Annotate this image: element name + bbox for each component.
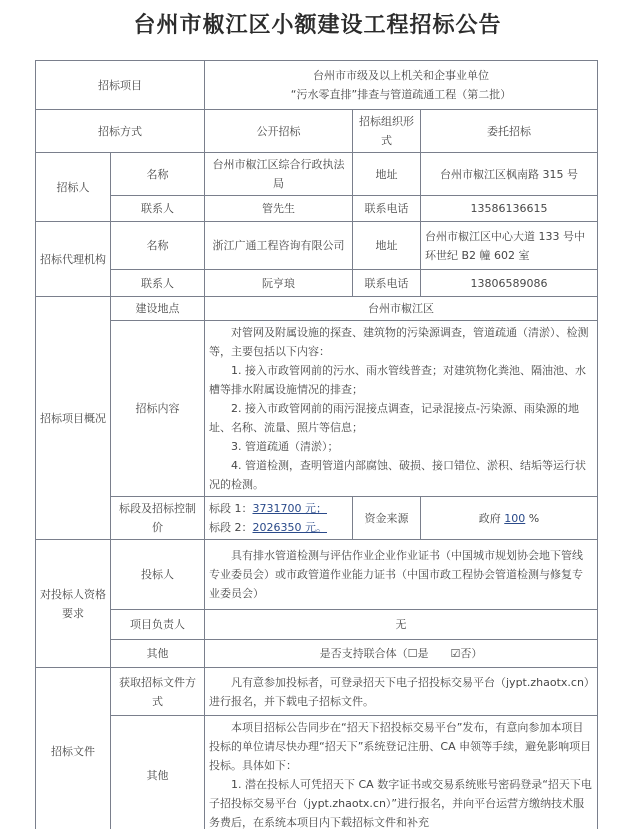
qual-other-value: 是否支持联合体（☐是 ☑否） [205, 640, 598, 668]
section-2: 标段 2：2026350 元。 [209, 518, 348, 537]
site-label: 建设地点 [111, 297, 205, 321]
agency-phone-value: 13806589086 [421, 270, 598, 297]
qual-manager-value: 无 [205, 610, 598, 640]
project-label: 招标项目 [36, 61, 205, 110]
content-item-4: 4. 管道检测，查明管道内部腐蚀、破损、接口错位、淤积、结垢等运行状况的检测。 [209, 456, 593, 494]
content-item-3: 3. 管道疏通（清淤）； [209, 437, 593, 456]
docs-obtain-label: 获取招标文件方式 [111, 668, 205, 716]
funding-percent: 100 [504, 512, 525, 525]
funding-label: 资金来源 [353, 497, 421, 540]
row-overview-site: 招标项目概况 建设地点 台州市椒江区 [36, 297, 598, 321]
docs-other-label: 其他 [111, 716, 205, 829]
tenderer-contact-value: 管先生 [205, 196, 353, 222]
row-overview-content: 招标内容 对管网及附属设施的探查、建筑物的污染源调查，管道疏通（清淤）、检测等，… [36, 321, 598, 497]
tenderer-name-label: 名称 [111, 153, 205, 196]
content-item-2: 2. 接入市政管网前的雨污混接点调查，记录混接点-污染源、雨染源的地址、名称、流… [209, 399, 593, 437]
qual-bidder-text: 具有排水管道检测与评估作业企业作业证书（中国城市规划协会地下管线专业委员会）或市… [209, 546, 593, 603]
tenderer-group-label: 招标人 [36, 153, 111, 222]
funding-value: 政府 100 % [421, 497, 598, 540]
docs-group-label: 招标文件 [36, 668, 111, 829]
docs-other-value: 本项目招标公告同步在“招天下招投标交易平台”发布，有意向参加本项目投标的单位请尽… [205, 716, 598, 829]
agency-address-value: 台州市椒江区中心大道 133 号中环世纪 B2 幢 602 室 [421, 222, 598, 270]
row-qual-other: 其他 是否支持联合体（☐是 ☑否） [36, 640, 598, 668]
tenderer-phone-label: 联系电话 [353, 196, 421, 222]
row-method: 招标方式 公开招标 招标组织形式 委托招标 [36, 110, 598, 153]
section-1: 标段 1：3731700 元； [209, 499, 348, 518]
row-docs-obtain: 招标文件 获取招标文件方式 凡有意参加投标者，可登录招天下电子招投标交易平台（j… [36, 668, 598, 716]
funding-prefix: 政府 [479, 512, 501, 525]
qual-group-label: 对投标人资格要求 [36, 540, 111, 668]
section-1-value: 3731700 元； [253, 502, 328, 515]
row-agency-name: 招标代理机构 名称 浙江广通工程咨询有限公司 地址 台州市椒江区中心大道 133… [36, 222, 598, 270]
price-value: 标段 1：3731700 元； 标段 2：2026350 元。 [205, 497, 353, 540]
row-tenderer-contact: 联系人 管先生 联系电话 13586136615 [36, 196, 598, 222]
project-value-line1: 台州市市级及以上机关和企事业单位 [209, 66, 593, 85]
agency-name-value: 浙江广通工程咨询有限公司 [205, 222, 353, 270]
row-project: 招标项目 台州市市级及以上机关和企事业单位 “污水零直排”排查与管道疏通工程（第… [36, 61, 598, 110]
tenderer-address-value: 台州市椒江区枫南路 315 号 [421, 153, 598, 196]
docs-other-para1: 本项目招标公告同步在“招天下招投标交易平台”发布，有意向参加本项目投标的单位请尽… [209, 718, 593, 775]
section-1-prefix: 标段 1： [209, 502, 253, 515]
content-label: 招标内容 [111, 321, 205, 497]
org-form-value: 委托招标 [421, 110, 598, 153]
project-value: 台州市市级及以上机关和企事业单位 “污水零直排”排查与管道疏通工程（第二批） [205, 61, 598, 110]
qual-bidder-label: 投标人 [111, 540, 205, 610]
qual-other-label: 其他 [111, 640, 205, 668]
row-qual-bidder: 对投标人资格要求 投标人 具有排水管道检测与评估作业企业作业证书（中国城市规划协… [36, 540, 598, 610]
qual-manager-label: 项目负责人 [111, 610, 205, 640]
section-2-value: 2026350 元。 [253, 521, 328, 534]
agency-name-label: 名称 [111, 222, 205, 270]
overview-group-label: 招标项目概况 [36, 297, 111, 540]
tender-notice-table: 招标项目 台州市市级及以上机关和企事业单位 “污水零直排”排查与管道疏通工程（第… [35, 60, 598, 829]
row-qual-manager: 项目负责人 无 [36, 610, 598, 640]
row-overview-price: 标段及招标控制价 标段 1：3731700 元； 标段 2：2026350 元。… [36, 497, 598, 540]
price-label: 标段及招标控制价 [111, 497, 205, 540]
site-value: 台州市椒江区 [205, 297, 598, 321]
agency-phone-label: 联系电话 [353, 270, 421, 297]
row-tenderer-name: 招标人 名称 台州市椒江区综合行政执法局 地址 台州市椒江区枫南路 315 号 [36, 153, 598, 196]
docs-obtain-value: 凡有意参加投标者，可登录招天下电子招投标交易平台（jypt.zhaotx.cn）… [205, 668, 598, 716]
content-intro: 对管网及附属设施的探查、建筑物的污染源调查，管道疏通（清淤）、检测等，主要包括以… [209, 323, 593, 361]
tenderer-contact-label: 联系人 [111, 196, 205, 222]
qual-bidder-value: 具有排水管道检测与评估作业企业作业证书（中国城市规划协会地下管线专业委员会）或市… [205, 540, 598, 610]
content-value: 对管网及附属设施的探查、建筑物的污染源调查，管道疏通（清淤）、检测等，主要包括以… [205, 321, 598, 497]
docs-other-para2: 1. 潜在投标人可凭招天下 CA 数字证书或交易系统账号密码登录“招天下电子招投… [209, 775, 593, 829]
org-form-label: 招标组织形式 [353, 110, 421, 153]
agency-address-label: 地址 [353, 222, 421, 270]
section-2-prefix: 标段 2： [209, 521, 253, 534]
tenderer-phone-value: 13586136615 [421, 196, 598, 222]
row-docs-other: 其他 本项目招标公告同步在“招天下招投标交易平台”发布，有意向参加本项目投标的单… [36, 716, 598, 829]
docs-obtain-text: 凡有意参加投标者，可登录招天下电子招投标交易平台（jypt.zhaotx.cn）… [209, 673, 593, 711]
agency-group-label: 招标代理机构 [36, 222, 111, 297]
tenderer-address-label: 地址 [353, 153, 421, 196]
method-label: 招标方式 [36, 110, 205, 153]
agency-contact-label: 联系人 [111, 270, 205, 297]
agency-contact-value: 阮亨琅 [205, 270, 353, 297]
row-agency-contact: 联系人 阮亨琅 联系电话 13806589086 [36, 270, 598, 297]
content-item-1: 1. 接入市政管网前的污水、雨水管线普查；对建筑物化粪池、隔油池、水槽等排水附属… [209, 361, 593, 399]
tenderer-name-value: 台州市椒江区综合行政执法局 [205, 153, 353, 196]
method-value: 公开招标 [205, 110, 353, 153]
page-title: 台州市椒江区小额建设工程招标公告 [0, 8, 635, 39]
project-value-line2: “污水零直排”排查与管道疏通工程（第二批） [209, 85, 593, 104]
funding-suffix: % [529, 512, 539, 525]
